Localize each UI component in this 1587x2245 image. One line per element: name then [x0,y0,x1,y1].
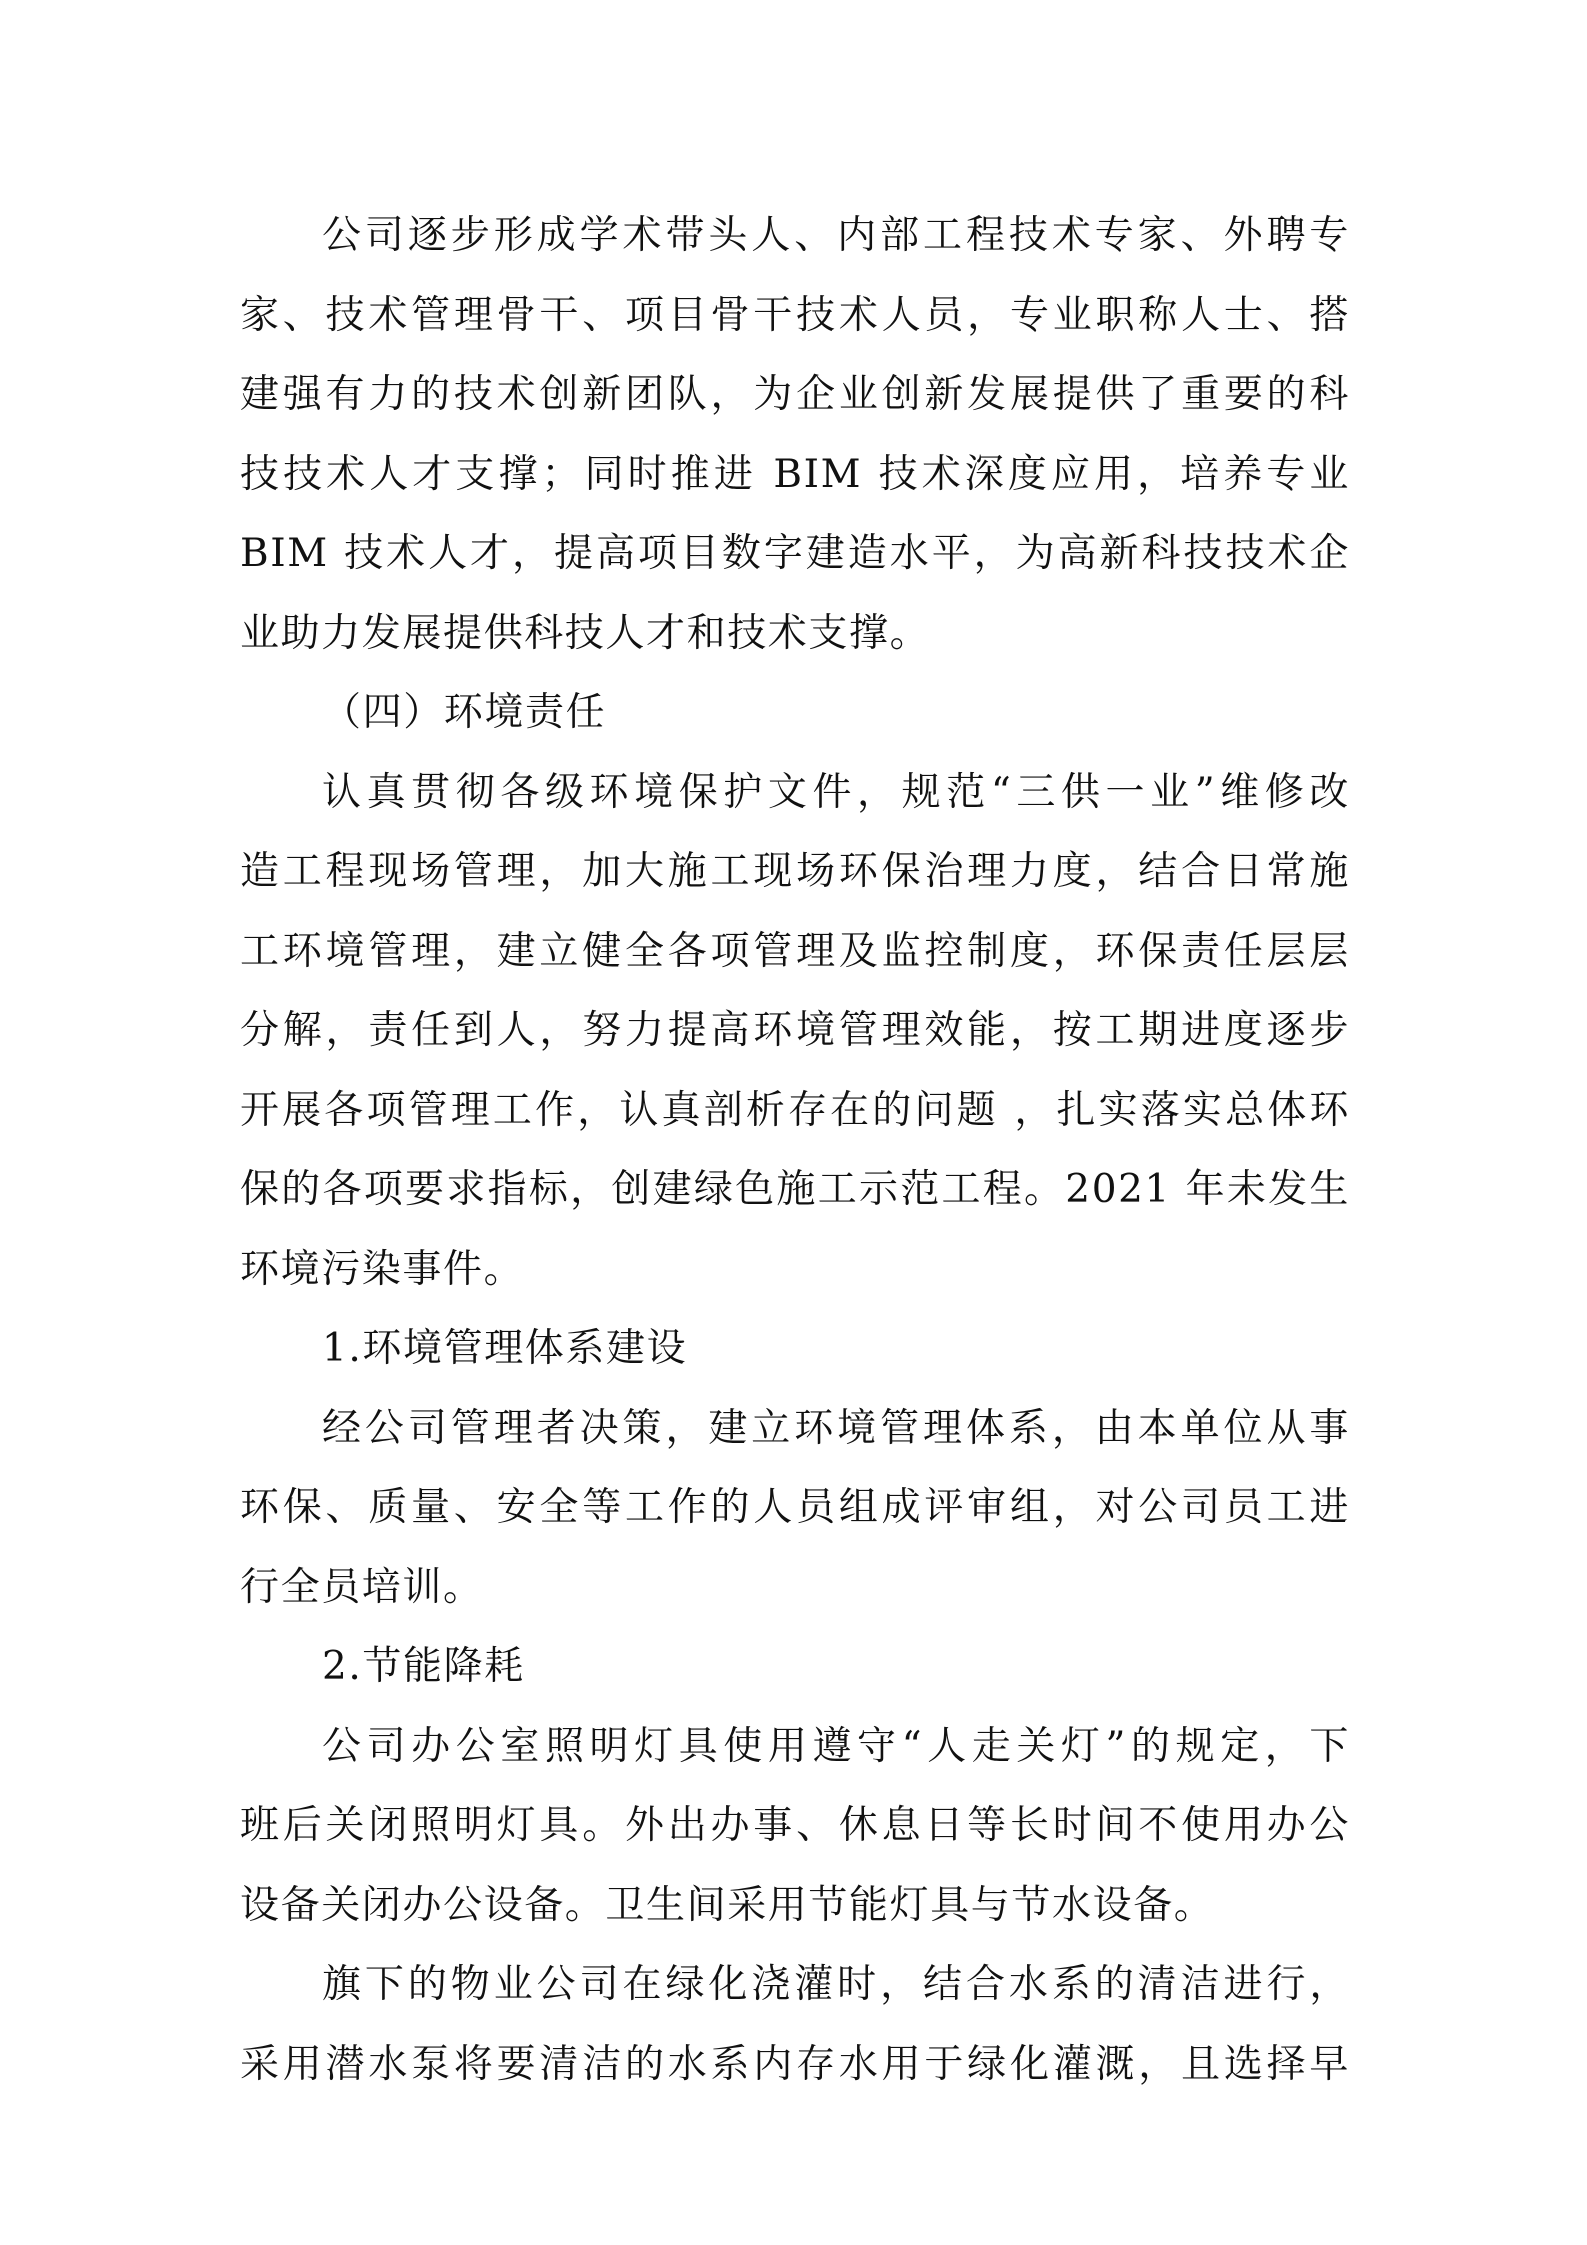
text-line: 经公司管理者决策，建立环境管理体系，由本单位从事 [240,1389,1350,1469]
paragraph-office-energy-saving: 公司办公室照明灯具使用遵守“人走关灯”的规定，下 班后关闭照明灯具。外出办事、休… [240,1707,1355,1946]
paragraph-environmental-protection: 认真贯彻各级环境保护文件，规范“三供一业”维修改 造工程现场管理，加大施工现场环… [240,753,1355,1310]
text-line: BIM 技术人才，提高项目数字建造水平，为高新科技技术企 [240,514,1350,594]
text-line: 环保、质量、安全等工作的人员组成评审组，对公司员工进 [240,1468,1350,1548]
text-line: 技技术人才支撑；同时推进 BIM 技术深度应用，培养专业 [240,435,1350,515]
text-line: 家、技术管理骨干、项目骨干技术人员，专业职称人士、搭 [240,276,1350,356]
text-line: 业助力发展提供科技人才和技术支撑。 [240,594,1355,674]
text-line: 认真贯彻各级环境保护文件，规范“三供一业”维修改 [240,753,1350,833]
text-line: 班后关闭照明灯具。外出办事、休息日等长时间不使用办公 [240,1786,1350,1866]
text-line: 公司逐步形成学术带头人、内部工程技术专家、外聘专 [240,196,1350,276]
section-heading-environmental-responsibility: （四）环境责任 [240,673,1355,753]
text-line: 采用潜水泵将要清洁的水系内存水用于绿化灌溉，且选择早 [240,2025,1350,2105]
section-heading: （四）环境责任 [240,673,1355,753]
text-line: 保的各项要求指标，创建绿色施工示范工程。2021 年未发生 [240,1150,1350,1230]
subsection-heading: 1.环境管理体系建设 [240,1309,1355,1389]
text-line: 分解，责任到人，努力提高环境管理效能，按工期进度逐步 [240,991,1350,1071]
subheading-energy-saving: 2.节能降耗 [240,1627,1355,1707]
document-page: 公司逐步形成学术带头人、内部工程技术专家、外聘专 家、技术管理骨干、项目骨干技术… [240,196,1355,2104]
text-line: 公司办公室照明灯具使用遵守“人走关灯”的规定，下 [240,1707,1350,1787]
text-line: 旗下的物业公司在绿化浇灌时，结合水系的清洁进行， [240,1945,1350,2025]
paragraph-talent-support: 公司逐步形成学术带头人、内部工程技术专家、外聘专 家、技术管理骨干、项目骨干技术… [240,196,1355,673]
subheading-environmental-management-system: 1.环境管理体系建设 [240,1309,1355,1389]
text-line: 环境污染事件。 [240,1230,1355,1310]
text-line: 行全员培训。 [240,1548,1355,1628]
text-line: 开展各项管理工作，认真剖析存在的问题 ，扎实落实总体环 [240,1071,1350,1151]
text-line: 建强有力的技术创新团队，为企业创新发展提供了重要的科 [240,355,1350,435]
paragraph-property-irrigation: 旗下的物业公司在绿化浇灌时，结合水系的清洁进行， 采用潜水泵将要清洁的水系内存水… [240,1945,1355,2104]
text-line: 工环境管理，建立健全各项管理及监控制度，环保责任层层 [240,912,1350,992]
subsection-heading: 2.节能降耗 [240,1627,1355,1707]
text-line: 造工程现场管理，加大施工现场环保治理力度，结合日常施 [240,832,1350,912]
text-line: 设备关闭办公设备。卫生间采用节能灯具与节水设备。 [240,1866,1355,1946]
paragraph-management-system: 经公司管理者决策，建立环境管理体系，由本单位从事 环保、质量、安全等工作的人员组… [240,1389,1355,1628]
